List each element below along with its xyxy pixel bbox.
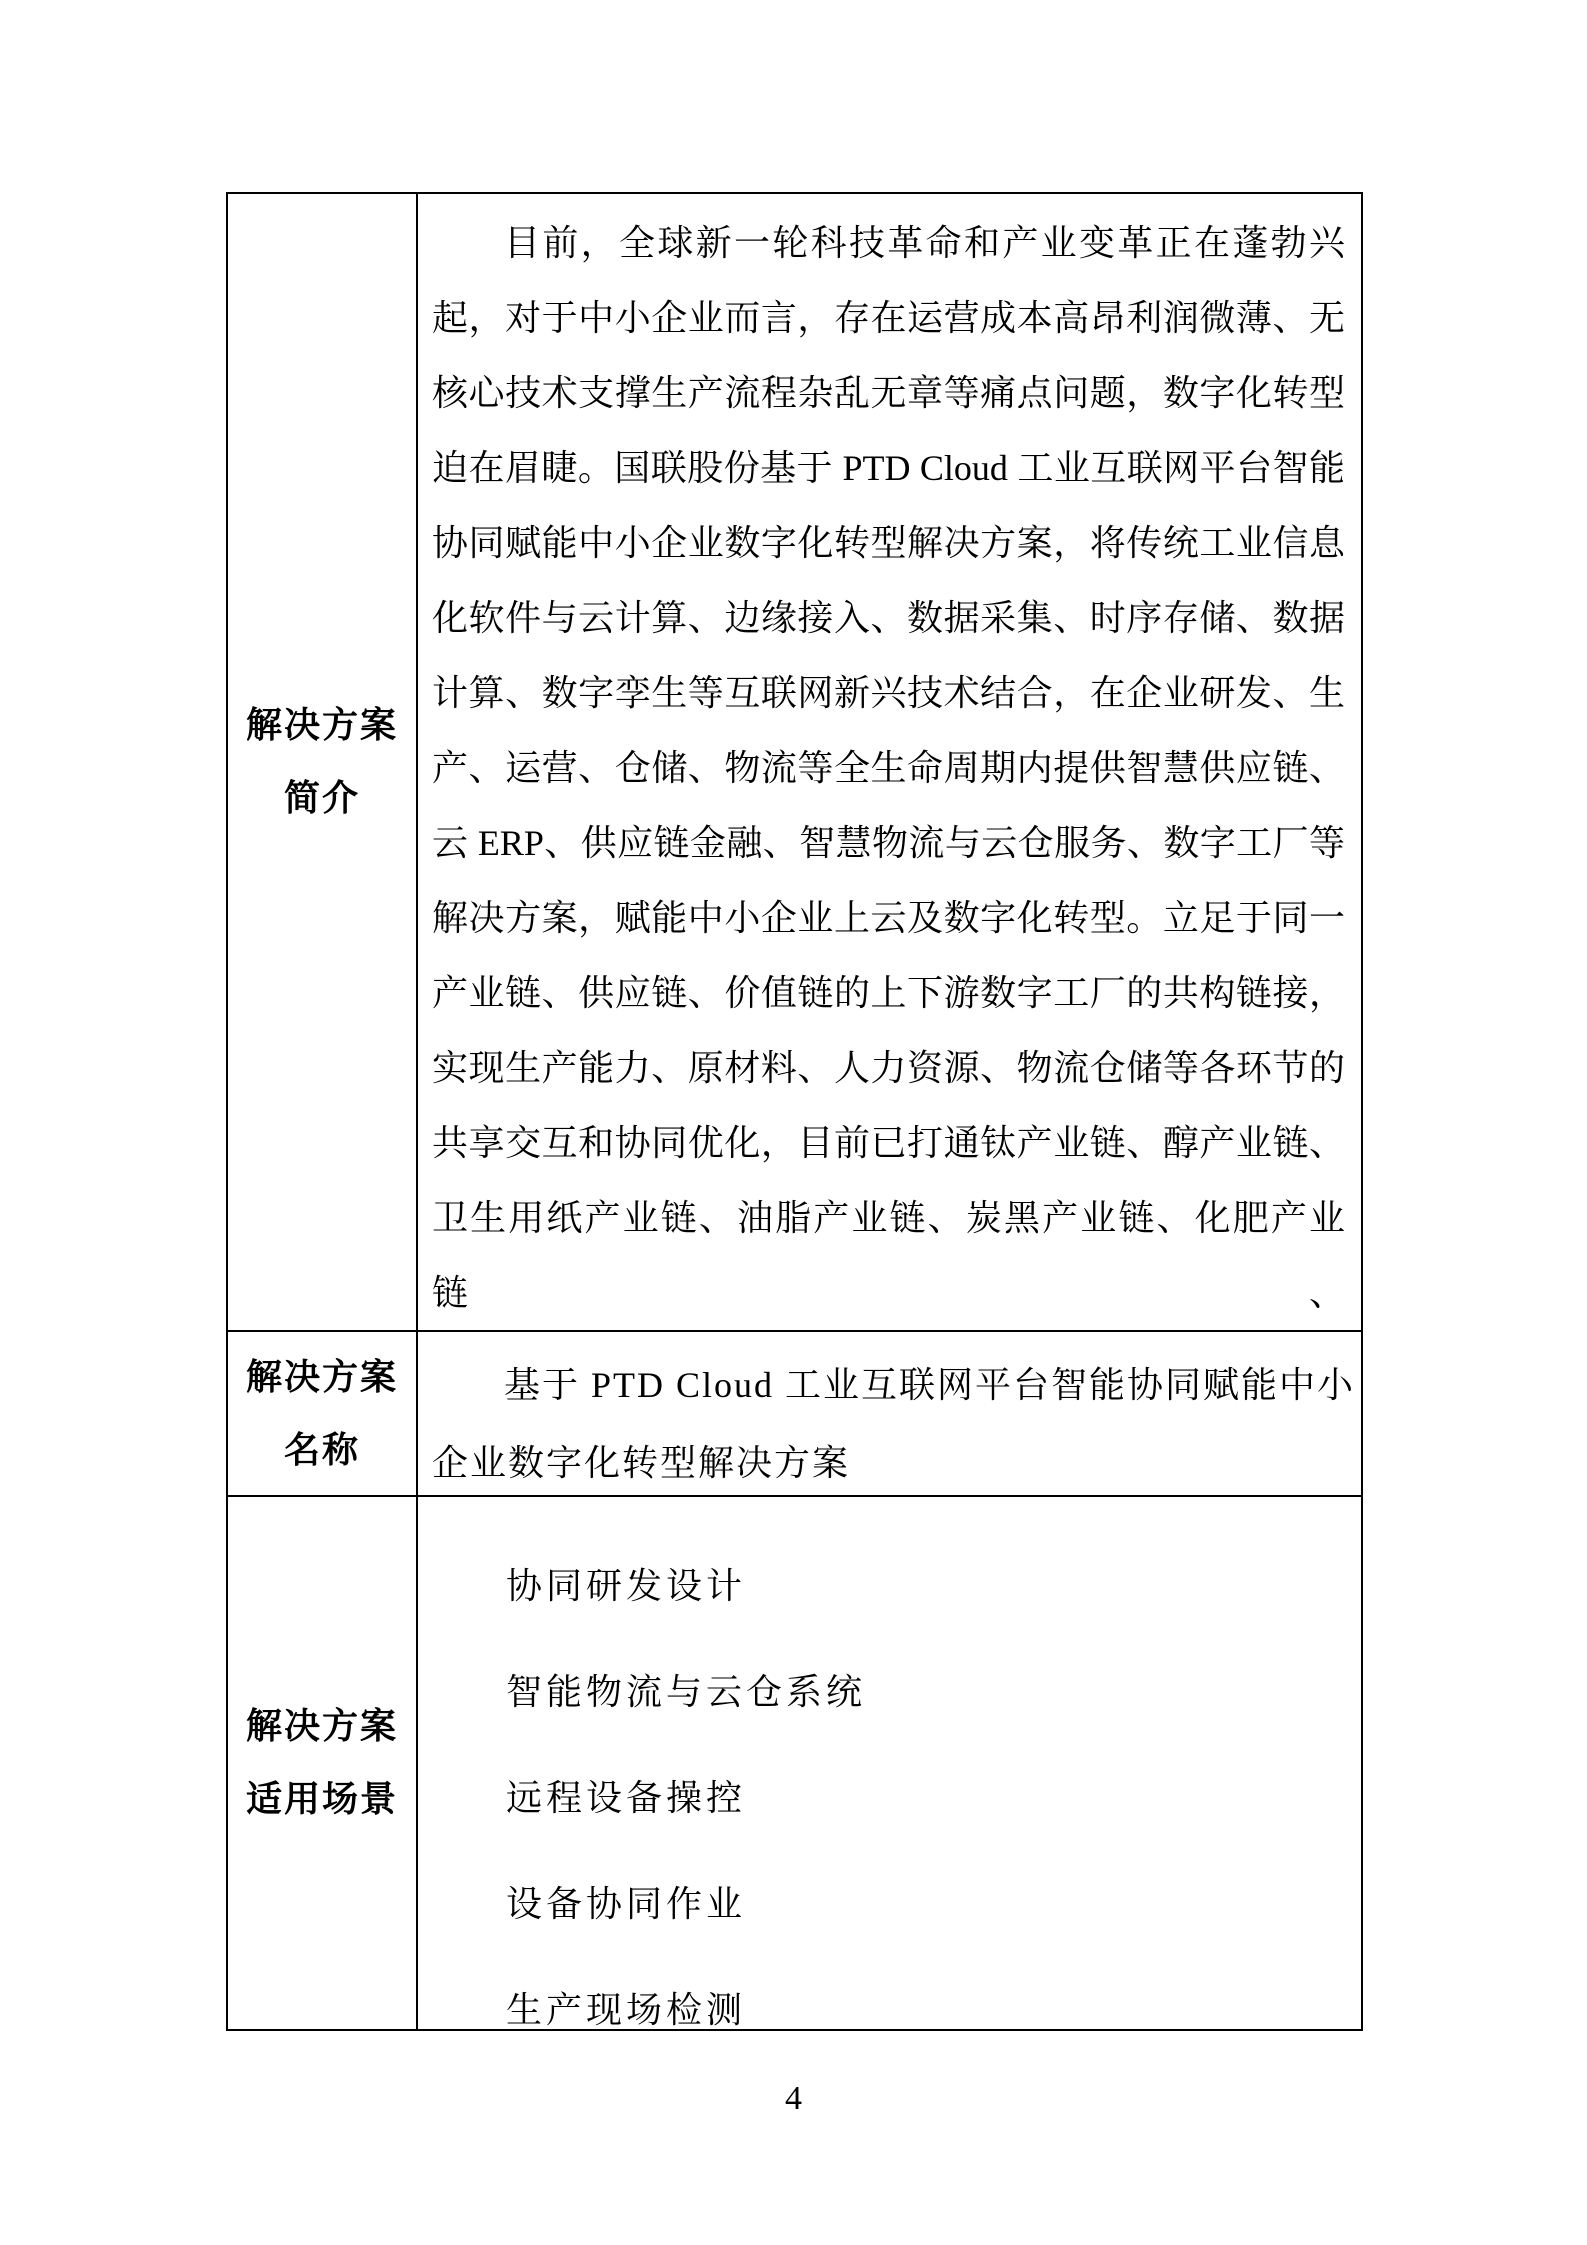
paragraph-line: 协同赋能中小企业数字化转型解决方案，将传统工业信息 (432, 506, 1345, 581)
scenario-item: 远程设备操控 (506, 1745, 1345, 1851)
row-solution-scenarios: 解决方案 适用场景 协同研发设计 智能物流与云仓系统 远程设备操控 设备协同作业… (228, 1495, 1361, 2029)
paragraph-line: 核心技术支撑生产流程杂乱无章等痛点问题，数字化转型 (432, 356, 1345, 431)
paragraph-line: 迫在眉睫。国联股份基于 PTD Cloud 工业互联网平台智能 (432, 431, 1345, 506)
paragraph-line: 产、运营、仓储、物流等全生命周期内提供智慧供应链、 (432, 731, 1345, 806)
page: 解决方案 简介 目前，全球新一轮科技革命和产业变革正在蓬勃兴 起，对于中小企业而… (0, 0, 1587, 2245)
name-label-cell: 解决方案 名称 (228, 1332, 418, 1495)
label-line: 适用场景 (246, 1763, 398, 1836)
paragraph-line: 基于 PTD Cloud 工业互联网平台智能协同赋能中小 (432, 1346, 1345, 1424)
paragraph-line: 企业数字化转型解决方案 (432, 1424, 1345, 1495)
scenarios-label-cell: 解决方案 适用场景 (228, 1497, 418, 2029)
scenario-item: 智能物流与云仓系统 (506, 1639, 1345, 1745)
paragraph-line: 云 ERP、供应链金融、智慧物流与云仓服务、数字工厂等 (432, 806, 1345, 881)
intro-label-cell: 解决方案 简介 (228, 194, 418, 1330)
page-number: 4 (0, 2080, 1587, 2118)
row-solution-intro: 解决方案 简介 目前，全球新一轮科技革命和产业变革正在蓬勃兴 起，对于中小企业而… (228, 194, 1361, 1330)
row-solution-name: 解决方案 名称 基于 PTD Cloud 工业互联网平台智能协同赋能中小 企业数… (228, 1330, 1361, 1495)
label-line: 解决方案 (246, 689, 398, 762)
solution-table: 解决方案 简介 目前，全球新一轮科技革命和产业变革正在蓬勃兴 起，对于中小企业而… (226, 192, 1363, 2031)
paragraph-line: 共享交互和协同优化，目前已打通钛产业链、醇产业链、 (432, 1106, 1345, 1181)
paragraph-line: 卫生用纸产业链、油脂产业链、炭黑产业链、化肥产业链、 (432, 1181, 1345, 1330)
paragraph-line: 化软件与云计算、边缘接入、数据采集、时序存储、数据 (432, 581, 1345, 656)
label-line: 解决方案 (246, 1341, 398, 1414)
paragraph-line: 起，对于中小企业而言，存在运营成本高昂利润微薄、无 (432, 281, 1345, 356)
scenario-item: 生产现场检测 (506, 1957, 1345, 2029)
label-line: 名称 (284, 1414, 360, 1487)
scenarios-content-cell: 协同研发设计 智能物流与云仓系统 远程设备操控 设备协同作业 生产现场检测 (418, 1497, 1361, 2029)
intro-content-cell: 目前，全球新一轮科技革命和产业变革正在蓬勃兴 起，对于中小企业而言，存在运营成本… (418, 194, 1361, 1330)
label-line: 解决方案 (246, 1690, 398, 1763)
paragraph-line: 解决方案，赋能中小企业上云及数字化转型。立足于同一 (432, 881, 1345, 956)
paragraph-line: 计算、数字孪生等互联网新兴技术结合，在企业研发、生 (432, 656, 1345, 731)
name-content-cell: 基于 PTD Cloud 工业互联网平台智能协同赋能中小 企业数字化转型解决方案 (418, 1332, 1361, 1495)
paragraph-line: 目前，全球新一轮科技革命和产业变革正在蓬勃兴 (432, 206, 1345, 281)
paragraph-line: 产业链、供应链、价值链的上下游数字工厂的共构链接， (432, 956, 1345, 1031)
scenario-item: 设备协同作业 (506, 1851, 1345, 1957)
paragraph-line: 实现生产能力、原材料、人力资源、物流仓储等各环节的 (432, 1031, 1345, 1106)
scenario-item: 协同研发设计 (506, 1533, 1345, 1639)
label-line: 简介 (284, 762, 360, 835)
